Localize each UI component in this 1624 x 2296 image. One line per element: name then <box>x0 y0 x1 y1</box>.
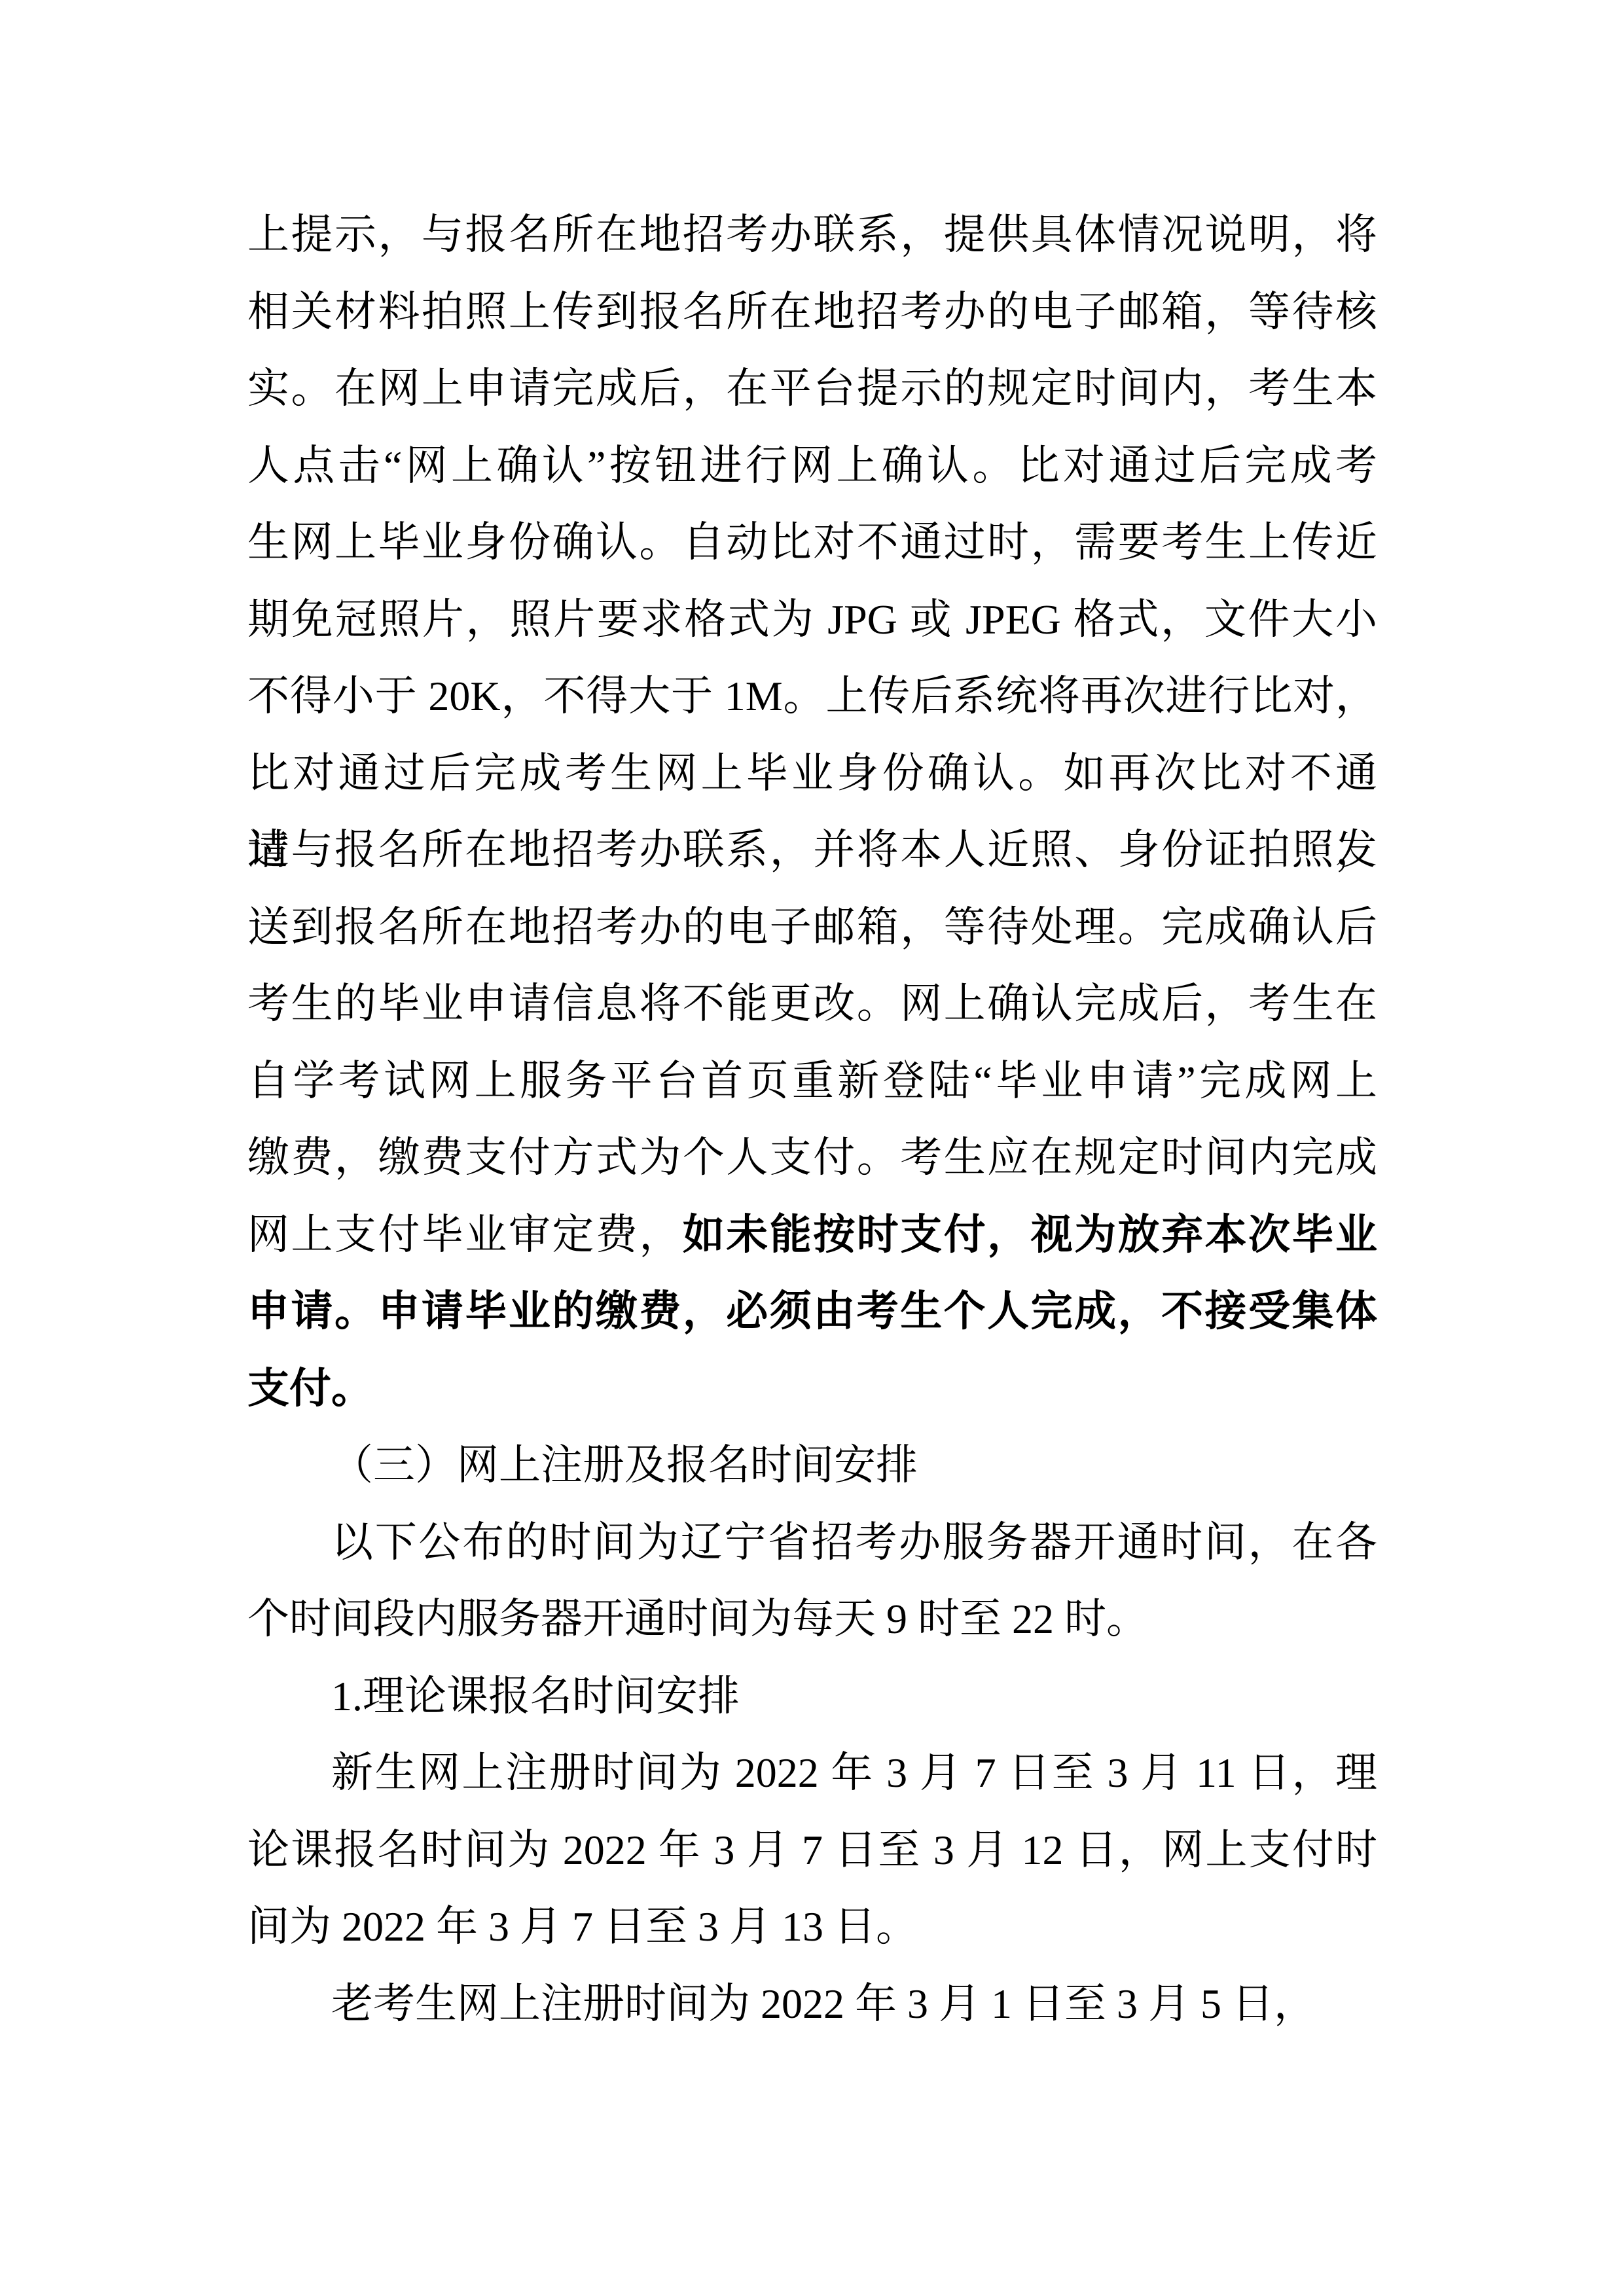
text-line: 申请。申请毕业的缴费，必须由考生个人完成，不接受集体 <box>247 1273 1377 1350</box>
bold-text-segment: 申请。申请毕业的缴费，必须由考生个人完成，不接受集体 <box>247 1288 1377 1335</box>
text-segment: 生网上毕业身份确认。自动比对不通过时，需要考生上传近 <box>247 519 1377 565</box>
text-line: 缴费，缴费支付方式为个人支付。考生应在规定时间内完成 <box>247 1119 1377 1196</box>
text-line: 比对通过后完成考生网上毕业身份确认。如再次比对不通过， <box>247 735 1377 812</box>
document-page: 上提示，与报名所在地招考办联系，提供具体情况说明，将相关材料拍照上传到报名所在地… <box>0 0 1624 2296</box>
text-segment: 论课报名时间为 2022 年 3 月 7 日至 3 月 12 日，网上支付时 <box>247 1827 1377 1873</box>
text-segment: 自学考试网上服务平台首页重新登陆“毕业申请”完成网上 <box>247 1058 1377 1104</box>
text-line: 论课报名时间为 2022 年 3 月 7 日至 3 月 12 日，网上支付时 <box>247 1812 1377 1889</box>
text-line: 不得小于 20K，不得大于 1M。上传后系统将再次进行比对， <box>247 658 1377 735</box>
text-line: 网上支付毕业审定费，如未能按时支付，视为放弃本次毕业 <box>247 1196 1377 1274</box>
bold-text-segment: 如未能按时支付，视为放弃本次毕业 <box>683 1211 1377 1258</box>
text-segment: 请与报名所在地招考办联系，并将本人近照、身份证拍照发 <box>247 827 1377 873</box>
text-segment: 缴费，缴费支付方式为个人支付。考生应在规定时间内完成 <box>247 1134 1377 1181</box>
text-line: 个时间段内服务器开通时间为每天 9 时至 22 时。 <box>247 1581 1377 1658</box>
text-segment: 以下公布的时间为辽宁省招考办服务器开通时间，在各 <box>331 1519 1377 1566</box>
text-segment: （三）网上注册及报名时间安排 <box>331 1442 918 1488</box>
text-line: 新生网上注册时间为 2022 年 3 月 7 日至 3 月 11 日，理 <box>247 1734 1377 1812</box>
text-line: 请与报名所在地招考办联系，并将本人近照、身份证拍照发 <box>247 812 1377 889</box>
text-line: 1.理论课报名时间安排 <box>247 1658 1377 1735</box>
text-block: 上提示，与报名所在地招考办联系，提供具体情况说明，将相关材料拍照上传到报名所在地… <box>247 196 1377 2042</box>
text-segment: 送到报名所在地招考办的电子邮箱，等待处理。完成确认后 <box>247 904 1377 950</box>
text-line: 上提示，与报名所在地招考办联系，提供具体情况说明，将 <box>247 196 1377 274</box>
text-line: 期免冠照片，照片要求格式为 JPG 或 JPEG 格式，文件大小 <box>247 581 1377 658</box>
text-segment: 考生的毕业申请信息将不能更改。网上确认完成后，考生在 <box>247 980 1377 1027</box>
text-segment: 网上支付毕业审定费， <box>247 1211 683 1258</box>
text-line: 相关材料拍照上传到报名所在地招考办的电子邮箱，等待核 <box>247 274 1377 351</box>
text-line: 送到报名所在地招考办的电子邮箱，等待处理。完成确认后 <box>247 889 1377 966</box>
text-line: 自学考试网上服务平台首页重新登陆“毕业申请”完成网上 <box>247 1043 1377 1120</box>
text-line: （三）网上注册及报名时间安排 <box>247 1427 1377 1504</box>
text-line: 生网上毕业身份确认。自动比对不通过时，需要考生上传近 <box>247 504 1377 581</box>
text-line: 以下公布的时间为辽宁省招考办服务器开通时间，在各 <box>247 1504 1377 1581</box>
text-segment: 新生网上注册时间为 2022 年 3 月 7 日至 3 月 11 日，理 <box>331 1749 1377 1796</box>
text-segment: 不得小于 20K，不得大于 1M。上传后系统将再次进行比对， <box>247 673 1377 719</box>
bold-text-segment: 支付。 <box>247 1365 373 1412</box>
text-line: 支付。 <box>247 1350 1377 1427</box>
text-segment: 老考生网上注册时间为 2022 年 3 月 1 日至 3 月 5 日， <box>331 1981 1316 2027</box>
text-line: 考生的毕业申请信息将不能更改。网上确认完成后，考生在 <box>247 965 1377 1043</box>
text-line: 老考生网上注册时间为 2022 年 3 月 1 日至 3 月 5 日， <box>247 1965 1377 2043</box>
text-line: 实。在网上申请完成后，在平台提示的规定时间内，考生本 <box>247 350 1377 427</box>
text-segment: 相关材料拍照上传到报名所在地招考办的电子邮箱，等待核 <box>247 289 1377 335</box>
text-segment: 上提示，与报名所在地招考办联系，提供具体情况说明，将 <box>247 211 1377 258</box>
text-segment: 期免冠照片，照片要求格式为 JPG 或 JPEG 格式，文件大小 <box>247 596 1377 643</box>
text-line: 人点击“网上确认”按钮进行网上确认。比对通过后完成考 <box>247 427 1377 505</box>
text-segment: 1.理论课报名时间安排 <box>331 1673 740 1719</box>
text-segment: 间为 2022 年 3 月 7 日至 3 月 13 日。 <box>247 1903 918 1950</box>
text-line: 间为 2022 年 3 月 7 日至 3 月 13 日。 <box>247 1888 1377 1965</box>
text-segment: 人点击“网上确认”按钮进行网上确认。比对通过后完成考 <box>247 442 1377 489</box>
text-segment: 实。在网上申请完成后，在平台提示的规定时间内，考生本 <box>247 365 1377 412</box>
text-segment: 个时间段内服务器开通时间为每天 9 时至 22 时。 <box>247 1596 1148 1642</box>
